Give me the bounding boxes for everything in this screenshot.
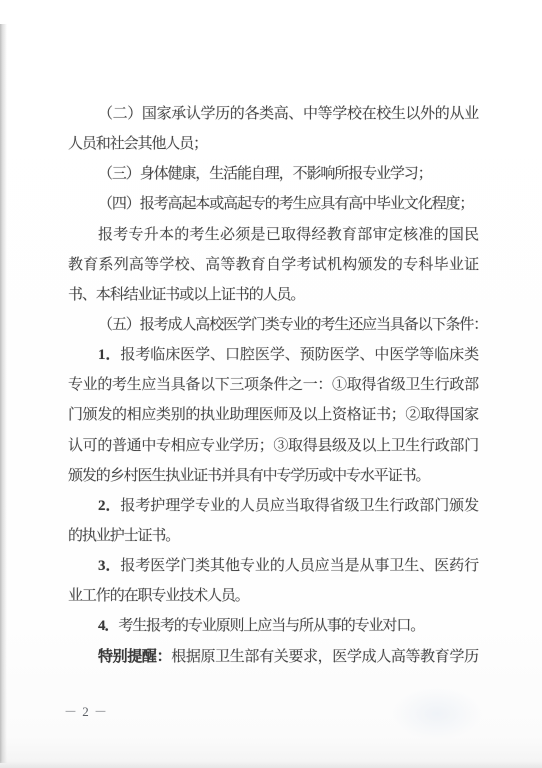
body-text: 认可的普通中专相应专业学历；③取得县级及以上卫生行政部门 [68, 438, 478, 454]
text-line: 特别提醒：根据原卫生部有关要求，医学成人高等教育学历 [68, 642, 478, 672]
emphasis-text: 2． [98, 498, 120, 514]
body-text: 的执业护士证书。 [68, 528, 179, 544]
text-line: 1．报考临床医学、口腔医学、预防医学、中医学等临床类 [68, 340, 478, 370]
text-line: （四）报考高起本或高起专的考生应具有高中毕业文化程度； [68, 189, 478, 219]
body-text: 报考临床医学、口腔医学、预防医学、中医学等临床类 [120, 347, 478, 363]
text-line: 2．报考护理学专业的人员应当取得省级卫生行政部门颁发 [68, 491, 478, 521]
body-text: 颁发的乡村医生执业证书并具有中专学历或中专水平证书。 [68, 468, 429, 484]
text-line: 的执业护士证书。 [68, 521, 478, 551]
text-line: （三）身体健康，生活能自理，不影响所报专业学习； [68, 159, 478, 189]
text-line: 业工作的在职专业技术人员。 [68, 581, 478, 611]
emphasis-text: 4． [98, 618, 118, 634]
text-line: （二）国家承认学历的各类高、中等学校在校生以外的从业 [68, 99, 478, 129]
body-text: （五）报考成人高校医学门类专业的考生还应当具备以下条件： [98, 317, 487, 333]
text-line: 人员和社会其他人员； [68, 129, 478, 159]
text-line: 认可的普通中专相应专业学历；③取得县级及以上卫生行政部门 [68, 431, 478, 461]
document-body-text: （二）国家承认学历的各类高、中等学校在校生以外的从业人员和社会其他人员；（三）身… [68, 99, 478, 672]
body-text: 业工作的在职专业技术人员。 [68, 588, 249, 604]
text-line: 教育系列高等学校、高等教育自学考试机构颁发的专科毕业证 [68, 250, 478, 280]
body-text: 报考医学门类其他专业的人员应当是从事卫生、医药行 [120, 558, 478, 574]
text-line: 颁发的乡村医生执业证书并具有中专学历或中专水平证书。 [68, 461, 478, 491]
body-text: （二）国家承认学历的各类高、中等学校在校生以外的从业 [98, 106, 478, 122]
body-text: 书、本科结业证书或以上证书的人员。 [68, 287, 304, 303]
body-text: 报考专升本的考生必须是已取得经教育部审定核准的国民 [98, 227, 478, 243]
emphasis-text: 3． [98, 558, 120, 574]
text-line: 4．考生报考的专业原则上应当与所从事的专业对口。 [68, 611, 478, 641]
scan-edge-shadow-left [0, 24, 7, 763]
body-text: （三）身体健康，生活能自理，不影响所报专业学习； [98, 166, 432, 182]
body-text: 根据原卫生部有关要求，医学成人高等教育学历 [171, 649, 478, 665]
scan-smudge [392, 686, 482, 741]
emphasis-text: 1． [98, 347, 120, 363]
document-page: （二）国家承认学历的各类高、中等学校在校生以外的从业人员和社会其他人员；（三）身… [0, 0, 542, 768]
body-text: 教育系列高等学校、高等教育自学考试机构颁发的专科毕业证 [68, 257, 478, 273]
body-text: （四）报考高起本或高起专的考生应具有高中毕业文化程度； [98, 196, 473, 212]
body-text: 人员和社会其他人员； [68, 136, 207, 152]
body-text: 专业的考生应当具备以下三项条件之一：①取得省级卫生行政部 [68, 377, 478, 393]
text-line: 门颁发的相应类别的执业助理医师及以上资格证书；②取得国家 [68, 400, 478, 430]
scan-edge-shadow-bottom [0, 761, 542, 768]
body-text: 报考护理学专业的人员应当取得省级卫生行政部门颁发 [120, 498, 478, 514]
text-line: 专业的考生应当具备以下三项条件之一：①取得省级卫生行政部 [68, 370, 478, 400]
text-line: 报考专升本的考生必须是已取得经教育部审定核准的国民 [68, 220, 478, 250]
text-line: 3．报考医学门类其他专业的人员应当是从事卫生、医药行 [68, 551, 478, 581]
page-number: － 2 － [64, 701, 108, 720]
body-text: 考生报考的专业原则上应当与所从事的专业对口。 [118, 618, 424, 634]
emphasis-text: 特别提醒： [98, 649, 171, 665]
text-line: （五）报考成人高校医学门类专业的考生还应当具备以下条件： [68, 310, 478, 340]
body-text: 门颁发的相应类别的执业助理医师及以上资格证书；②取得国家 [68, 407, 478, 423]
text-line: 书、本科结业证书或以上证书的人员。 [68, 280, 478, 310]
